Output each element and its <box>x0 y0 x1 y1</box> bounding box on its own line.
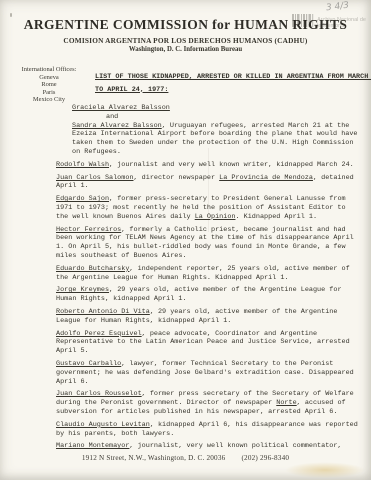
entry-text: , journalist, very well known political … <box>129 442 341 450</box>
international-offices: International Offices: GenevaRomeParisMe… <box>6 66 92 104</box>
person-name: Eduardo Butcharsky <box>56 265 129 273</box>
list-item: Roberto Antonio Di Vita, 29 years old, a… <box>56 308 359 326</box>
organization-subtitle: COMISION ARGENTINA POR LOS DERECHOS HUMA… <box>0 36 371 45</box>
entry-text: , journalist and very well known writer,… <box>109 161 354 169</box>
bureau-line: Washington, D. C. Information Bureau <box>0 46 371 53</box>
list-heading: LIST OF THOSE KIDNAPPED, ARRESTED OR KIL… <box>95 73 363 98</box>
organization-title: ARGENTINE COMMISSION for HUMAN RIGHTS <box>0 17 371 33</box>
office-city: Mexico City <box>6 96 92 104</box>
pencil-annotation: 3 4/3 <box>325 1 349 14</box>
offices-label: International Offices: <box>6 66 92 74</box>
footer-address-line: 1912 N Street, N.W., Washington, D. C. 2… <box>0 454 371 462</box>
person-name: Sandra Alvarez Balsson <box>72 122 162 130</box>
office-city: Geneva <box>6 74 92 82</box>
person-name: Juan Carlos Salomon <box>56 174 134 182</box>
person-name: Claudio Augusto Levitan <box>56 421 150 429</box>
office-city: Rome <box>6 81 92 89</box>
person-name: Graciela Alvarez Balsson <box>72 104 170 112</box>
list-item: Juan Carlos Rousselot, former press secr… <box>56 390 359 416</box>
footer-phone: (202) 296-8340 <box>241 454 289 462</box>
scan-smudge <box>285 462 365 478</box>
list-item: Adolfo Perez Esquivel, peace advocate, C… <box>56 330 359 356</box>
person-name: Gustavo Carballo <box>56 360 121 368</box>
letterhead: ARGENTINE COMMISSION for HUMAN RIGHTS CO… <box>0 17 371 53</box>
person-name: Hector Ferreiros <box>56 226 121 234</box>
scan-fold-line <box>208 148 209 232</box>
conjunction: and <box>72 113 118 122</box>
list-item: Eduardo Butcharsky, independent reporter… <box>56 265 359 283</box>
footer-address: 1912 N Street, N.W., Washington, D. C. 2… <box>82 454 226 462</box>
list-item: Gustavo Carballo, lawyer, former Technic… <box>56 360 359 386</box>
person-name: Rodolfo Walsh <box>56 161 109 169</box>
person-name: Roberto Antonio Di Vita <box>56 308 150 316</box>
person-name: Jorge Kreymes <box>56 286 109 294</box>
list-item: Claudio Augusto Levitan, kidnapped April… <box>56 421 359 439</box>
person-name: Edgardo Sajon <box>56 195 109 203</box>
person-name: Juan Carlos Rousselot <box>56 390 142 398</box>
scanned-document-page: 3 4/3 Archivo Nacional de la Memoria <box>0 0 371 480</box>
office-city: Paris <box>6 89 92 97</box>
offices-list: GenevaRomeParisMexico City <box>6 74 92 104</box>
list-item: Mariano Montemayor, journalist, very wel… <box>56 442 359 451</box>
person-name: Mariano Montemayor <box>56 442 129 450</box>
person-name: Adolfo Perez Esquivel <box>56 330 142 338</box>
list-heading-line1: LIST OF THOSE KIDNAPPED, ARRESTED OR KIL… <box>95 73 363 81</box>
list-heading-line2: TO APRIL 24, 1977: <box>95 86 363 94</box>
list-item: Jorge Kreymes, 29 years old, active memb… <box>56 286 359 304</box>
